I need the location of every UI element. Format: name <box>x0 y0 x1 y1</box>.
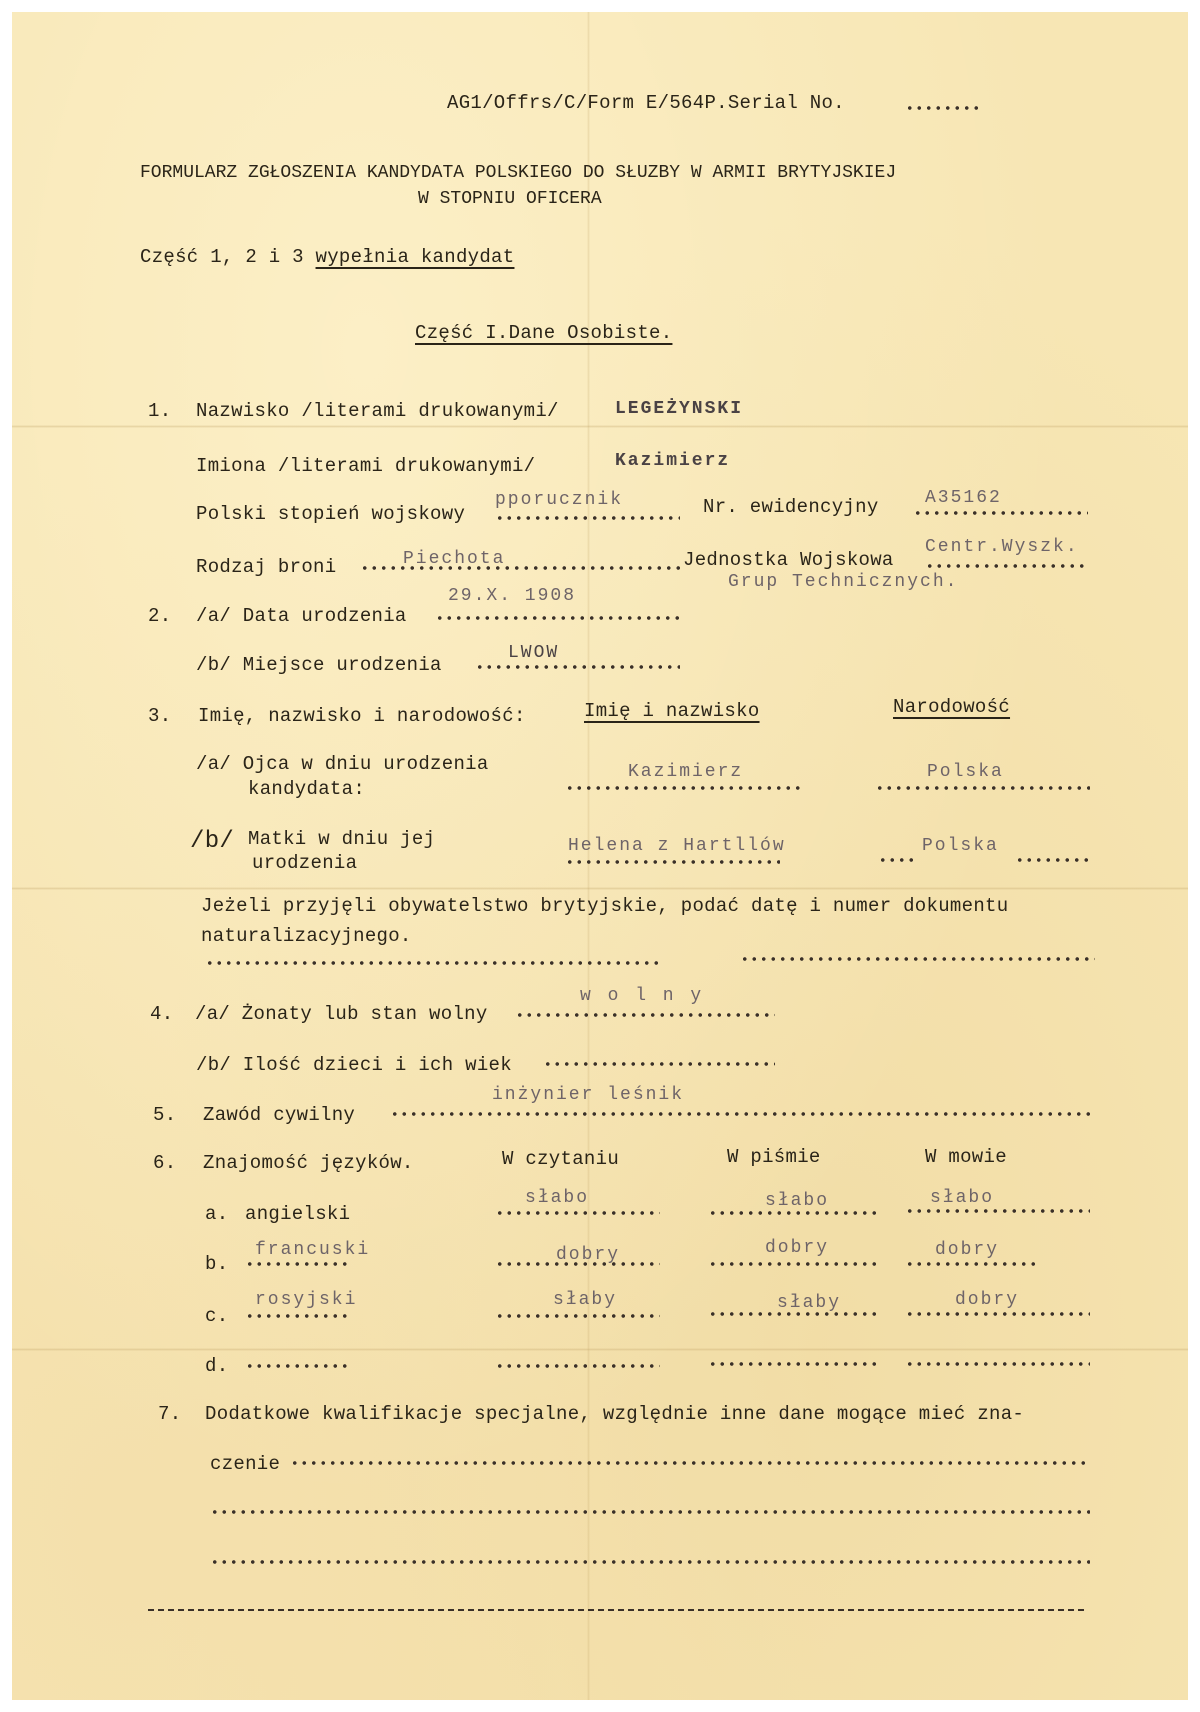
form-code: AG1/Offrs/C/Form E/564P.Serial No. <box>447 92 845 114</box>
pob-label: /b/ Miejsce urodzenia <box>196 654 442 676</box>
reading-level[interactable]: słaby <box>553 1290 617 1310</box>
mother-nationality-dots <box>1015 858 1090 862</box>
writing-dots <box>708 1262 878 1266</box>
mother-name-dots <box>565 860 780 864</box>
speaking-dots <box>905 1262 1035 1266</box>
writing-level[interactable]: słabo <box>765 1191 829 1211</box>
instruction: Część 1, 2 i 3 wypełnia kandydat <box>140 246 514 268</box>
qualifications-field-line1[interactable] <box>290 1461 1090 1465</box>
pob-field-dots <box>475 665 680 669</box>
fold-line <box>12 425 1188 428</box>
language-field[interactable] <box>245 1364 350 1368</box>
speaking-level[interactable]: dobry <box>935 1240 999 1260</box>
mother-name-value[interactable]: Helena z Hartllów <box>568 836 786 856</box>
speaking-dots <box>905 1209 1090 1213</box>
fold-line <box>12 887 1188 890</box>
question-number: 1. <box>148 400 171 422</box>
father-nationality-value[interactable]: Polska <box>927 762 1004 782</box>
writing-dots <box>708 1211 878 1215</box>
rank-field-dots <box>495 516 680 520</box>
writing-level[interactable]: słaby <box>777 1293 841 1313</box>
reading-level[interactable]: słabo <box>525 1188 589 1208</box>
speaking-level[interactable]: dobry <box>955 1290 1019 1310</box>
unit-field-dots <box>925 564 1085 568</box>
fold-line <box>12 1348 1188 1351</box>
column-header-nationality: Narodowość <box>893 696 1010 718</box>
writing-level[interactable]: dobry <box>765 1238 829 1258</box>
mother-nationality-dots <box>878 858 918 862</box>
id-number-value[interactable]: A35162 <box>925 488 1002 508</box>
dob-value[interactable]: 29.X. 1908 <box>448 586 576 606</box>
speaking-field[interactable] <box>905 1362 1090 1366</box>
question-number: 4. <box>150 1003 173 1025</box>
surname-label: Nazwisko /literami drukowanymi/ <box>196 400 559 422</box>
unit-label: Jednostka Wojskowa <box>683 549 894 571</box>
firstnames-label: Imiona /literami drukowanymi/ <box>196 455 535 477</box>
column-header-speaking: W mowie <box>925 1146 1007 1168</box>
occupation-label: Zawód cywilny <box>203 1104 355 1126</box>
occupation-dots <box>390 1112 1090 1116</box>
marital-status-dots <box>515 1013 775 1017</box>
writing-dots <box>708 1312 878 1316</box>
fold-line <box>587 12 590 1700</box>
father-name-dots <box>565 786 805 790</box>
column-header-reading: W czytaniu <box>502 1148 619 1170</box>
marital-status-label: /a/ Żonaty lub stan wolny <box>195 1003 488 1025</box>
unit-value-line1[interactable]: Centr.Wyszk. <box>925 537 1079 557</box>
rank-label: Polski stopień wojskowy <box>196 503 465 525</box>
father-label-cont: kandydata: <box>248 778 365 800</box>
language-dots <box>245 1314 350 1318</box>
languages-label: Znajomość języków. <box>203 1152 414 1174</box>
serial-no-field[interactable] <box>905 106 980 110</box>
language-row-letter: d. <box>205 1355 228 1377</box>
parents-label: Imię, nazwisko i narodowość: <box>198 705 526 727</box>
firstnames-value[interactable]: Kazimierz <box>615 451 730 471</box>
surname-value[interactable]: LEGEŻYNSKI <box>615 399 743 419</box>
qualifications-label-cont: czenie <box>210 1453 280 1475</box>
language-name[interactable]: francuski <box>255 1240 370 1260</box>
qualifications-field-line2[interactable] <box>210 1510 1090 1514</box>
language-dots <box>245 1262 350 1266</box>
mother-label-cont: urodzenia <box>252 852 357 874</box>
occupation-value[interactable]: inżynier leśnik <box>492 1085 684 1105</box>
qualifications-label: Dodatkowe kwalifikacje specjalne, względ… <box>205 1403 1024 1425</box>
reading-dots <box>495 1211 660 1215</box>
language-name: angielski <box>245 1203 350 1225</box>
father-name-value[interactable]: Kazimierz <box>628 762 743 782</box>
id-field-dots <box>913 511 1088 515</box>
branch-label: Rodzaj broni <box>196 556 336 578</box>
reading-dots <box>495 1314 660 1318</box>
unit-value-line2[interactable]: Grup Technicznych. <box>728 572 958 592</box>
question-number: 6. <box>153 1152 176 1174</box>
marital-status-value[interactable]: w o l n y <box>580 986 704 1006</box>
dob-label: /a/ Data urodzenia <box>196 605 407 627</box>
rank-value[interactable]: pporucznik <box>495 490 623 510</box>
question-number: 2. <box>148 605 171 627</box>
language-row-letter: b. <box>205 1253 228 1275</box>
father-nationality-dots <box>875 786 1090 790</box>
qualifications-field-line3[interactable] <box>210 1560 1090 1564</box>
reading-dots <box>495 1262 660 1266</box>
dob-field-dots <box>435 616 680 620</box>
form-subtitle: W STOPNIU OFICERA <box>418 189 602 209</box>
id-number-label: Nr. ewidencyjny <box>703 496 879 518</box>
reading-field[interactable] <box>495 1364 660 1368</box>
father-label: /a/ Ojca w dniu urodzenia <box>196 753 489 775</box>
question-number: 5. <box>153 1104 176 1126</box>
section-divider <box>148 1609 1088 1611</box>
language-row-letter: c. <box>205 1305 228 1327</box>
question-number: 3. <box>148 705 171 727</box>
mother-nationality-value[interactable]: Polska <box>922 836 999 856</box>
language-row-letter: a. <box>205 1203 228 1225</box>
column-header-name: Imię i nazwisko <box>584 700 760 722</box>
language-name[interactable]: rosyjski <box>255 1290 357 1310</box>
form-title: FORMULARZ ZGŁOSZENIA KANDYDATA POLSKIEGO… <box>140 163 896 183</box>
children-label: /b/ Ilość dzieci i ich wiek <box>196 1054 512 1076</box>
writing-field[interactable] <box>708 1362 878 1366</box>
children-field[interactable] <box>543 1062 775 1066</box>
mother-prefix: /b/ <box>190 828 234 855</box>
naturalization-label-cont: naturalizacyjnego. <box>201 925 412 947</box>
column-header-writing: W piśmie <box>727 1146 821 1168</box>
naturalization-number-field[interactable] <box>740 957 1095 961</box>
question-number: 7. <box>158 1403 181 1425</box>
speaking-level[interactable]: słabo <box>930 1188 994 1208</box>
mother-label: Matki w dniu jej <box>248 828 435 850</box>
section-title: Część I.Dane Osobiste. <box>415 322 672 344</box>
branch-value[interactable]: Piechota <box>403 549 505 569</box>
speaking-dots <box>905 1312 1090 1316</box>
naturalization-date-field[interactable] <box>205 961 660 965</box>
pob-value[interactable]: LWOW <box>508 643 559 663</box>
naturalization-label: Jeżeli przyjęli obywatelstwo brytyjskie,… <box>201 895 1008 917</box>
